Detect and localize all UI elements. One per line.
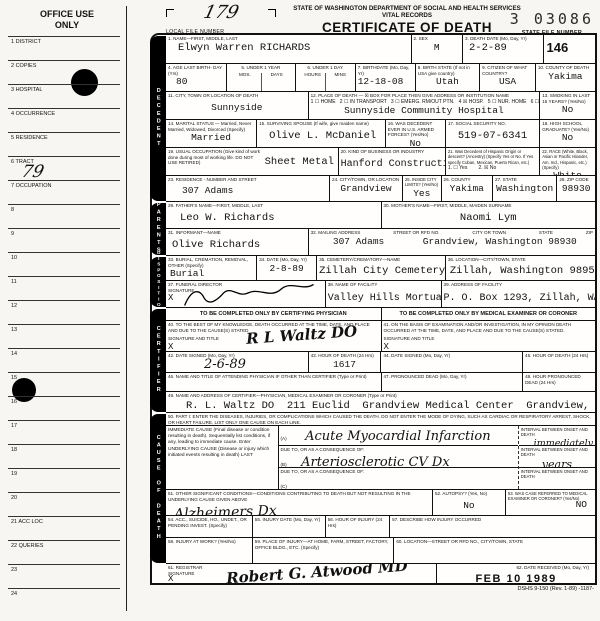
interval-label: INTERVAL BETWEEN ONSET AND DEATH [521, 427, 593, 438]
field-surviving-spouse-label: 15. SURVIVING SPOUSE (If wife, give maid… [259, 121, 383, 127]
margin-label: 3 HOSPITAL [11, 87, 42, 93]
field-hour-of-death: 43. HOUR OF DEATH (24 Hrs) 1617 [308, 352, 381, 372]
margin-label: 1 DISTRICT [11, 39, 41, 45]
certificate-form: DECEDENT PARENTS DISPOSITION CERTIFIER C… [150, 33, 597, 585]
field-name-label: 1. NAME—FIRST, MIDDLE, LAST [168, 36, 409, 42]
field-injury-location-label: 60. LOCATION—STREET OR RFD NO., CITY/TOW… [396, 539, 593, 545]
field-physician-certification: 40. TO THE BEST OF MY KNOWLEDGE, DEATH O… [166, 321, 381, 351]
field-place-of-death: 12. PLACE OF DEATH — ☒ BOX FOR PLACE THE… [308, 92, 540, 119]
sub-divider [261, 73, 262, 91]
field-under-1-year: 5. UNDER 1 YEAR MOS.DAYS [226, 64, 295, 91]
field-pronounced-dead: 47. PRONOUNCED DEAD (Mo, Day, Yr) [381, 373, 523, 391]
due-to-label: DUE TO, OR AS A CONSEQUENCE OF: [281, 469, 516, 475]
margin-label: 12 [11, 303, 17, 309]
sub-label-hours: HOURS [304, 72, 321, 77]
field-mother-name: 30. MOTHER'S NAME—FIRST, MIDDLE, MAIDEN … [381, 202, 596, 228]
field-mailing-address: 32. MAILING ADDRESS STREET OR RFD NO. CI… [308, 229, 595, 255]
field-county-of-death-label: 10. COUNTY OF DEATH [538, 65, 593, 71]
field-date-signed-value: 2-6-89 [204, 357, 306, 372]
field-residence-state: 27. STATE Washington [492, 176, 556, 201]
margin-item-district: 1 DISTRICT [8, 36, 120, 60]
margin-item-9: 9 [8, 228, 120, 252]
row-age-birth: 4. AGE LAST BIRTH- DAY (Yrs) 80 5. UNDER… [166, 64, 595, 92]
margin-label: 14 [11, 351, 17, 357]
header-text: TO BE COMPLETED ONLY BY CERTIFYING PHYSI… [200, 311, 347, 317]
field-age: 4. AGE LAST BIRTH- DAY (Yrs) 80 [166, 64, 226, 91]
field-death-date-label: 3. DEATH DATE (Mo, Day, Yr) [465, 36, 542, 42]
margin-label: 21 ACC LOC [11, 519, 43, 525]
field-coroner-date-signed-label: 44. DATE SIGNED (Mo, Day, Yr) [383, 353, 520, 359]
field-father-name-label: 29. FATHER'S NAME—FIRST, MIDDLE, LAST [168, 203, 379, 209]
margin-item-18: 18 [8, 444, 120, 468]
margin-label: 10 [11, 255, 17, 261]
field-birthdate-label: 7. BIRTHDATE (Mo, Day, Yr) [358, 65, 413, 76]
margin-item-acc-loc: 21 ACC LOC [8, 516, 120, 540]
row-name-sex-deathdate: 1. NAME—FIRST, MIDDLE, LAST Elwyn Warren… [166, 35, 595, 64]
field-place-of-injury: 59. PLACE OF INJURY—AT HOME, FARM, STREE… [252, 538, 394, 563]
field-informant-value: Olive Richards [172, 240, 306, 252]
field-under-1-year-label: 5. UNDER 1 YEAR [229, 65, 293, 71]
date-received-stamp: FEB 10 1989 [439, 573, 593, 583]
field-sex-label: 2. SEX [414, 36, 460, 42]
margin-item-14: 14 [8, 348, 120, 372]
field-mailing-street-value: 307 Adams [311, 236, 407, 247]
margin-label: 19 [11, 471, 17, 477]
field-disposition-date-value: 2-8-89 [259, 264, 314, 274]
field-birth-state-label: 8. BIRTH STATE (If not in USA give count… [418, 65, 477, 76]
field-father-name: 29. FATHER'S NAME—FIRST, MIDDLE, LAST Le… [166, 202, 381, 228]
field-race-label: 22. RACE (White, Black, Asian or Pacific… [542, 149, 593, 170]
field-certifier-name-address-value: R. L. Waltz DO 211 Euclid Grandview Medi… [186, 401, 593, 412]
signature-x-mark: X [384, 342, 594, 351]
interval-a-value: immediately [521, 438, 593, 447]
field-armed-forces-label: 16. WAS DECEDENT EVER IN U.S. ARMED FORC… [388, 121, 443, 138]
field-birth-state-value: Utah [418, 77, 477, 87]
row-part1-header: 50. PART I: ENTER THE DISEASES, INJURIES… [166, 413, 595, 426]
section-bar-label: PARENTS [155, 202, 161, 255]
field-occupation-label: 19. USUAL OCCUPATION (Give kind of work … [168, 149, 260, 166]
due-to-label: DUE TO, OR AS A CONSEQUENCE OF: [281, 447, 516, 453]
section-bar-label: DISPOSITION [156, 250, 161, 314]
field-place-of-death-label: 12. PLACE OF DEATH — ☒ BOX FOR PLACE THE… [311, 93, 538, 99]
margin-item-occupation: 7 OCCUPATION [8, 180, 120, 204]
field-age-label: 4. AGE LAST BIRTH- DAY (Yrs) [168, 65, 224, 76]
section-bar-label: CERTIFIER [155, 326, 161, 394]
field-citizen: 9. CITIZEN OF WHAT COUNTRY? USA [479, 64, 535, 91]
field-referred-to-examiner: 53. WAS CASE REFERRED TO MEDICAL EXAMINE… [505, 490, 595, 515]
field-mailing-city-value: Grandview, Washington 98930 [407, 236, 593, 247]
stamp-146-value: 146 [546, 40, 592, 55]
margin-label: 8 [11, 207, 14, 213]
margin-item-17: 17 [8, 420, 120, 444]
field-ssn-label: 17. SOCIAL SECURITY NO. [448, 121, 537, 127]
field-cemetery-location-label: 36. LOCATION—CITY/TOWN, STATE [448, 257, 593, 263]
tract-handwritten-value: 79 [20, 162, 46, 182]
margin-item-hospital: 3 HOSPITAL [8, 84, 120, 108]
interval-label: INTERVAL BETWEEN ONSET AND DEATH [521, 447, 593, 458]
margin-item-13: 13 [8, 324, 120, 348]
state-file-number-value: 3 03086 [510, 10, 594, 28]
field-sex: 2. SEX M [411, 35, 462, 63]
field-certifier-name-address-label: 49. NAME AND ADDRESS OF CERTIFIER—PHYSIC… [168, 393, 593, 399]
field-hispanic-origin-label: 21. Was Decedent of Hispanic Origin or d… [448, 149, 537, 165]
field-surviving-spouse: 15. SURVIVING SPOUSE (If wife, give maid… [256, 120, 385, 147]
field-autopsy: 52. AUTOPSY? (Yes, No) No [432, 490, 505, 515]
sub-label-zip: ZIP [586, 230, 593, 235]
field-birthdate-value: 12-18-08 [358, 77, 413, 87]
row-residence: 23. RESIDENCE - NUMBER AND STREET 307 Ad… [166, 176, 595, 202]
margin-label: 17 [11, 423, 17, 429]
field-marital-status-value: Married [168, 133, 254, 143]
section-bar-decedent: DECEDENT [150, 36, 166, 201]
cause-line-c: DUE TO, OR AS A CONSEQUENCE OF: (C) [279, 468, 518, 490]
margin-label: 9 [11, 231, 14, 237]
field-cemetery-location: 36. LOCATION—CITY/TOWN, STATE Zillah, Wa… [445, 256, 595, 280]
sub-label-mos: MOS. [239, 72, 251, 77]
field-hour-of-death-label: 43. HOUR OF DEATH (24 Hrs) [311, 353, 379, 359]
field-facility-address-value: P. O. Box 1293, Zillah, WA 98953 [444, 293, 593, 304]
sub-label-days: DAYS [271, 72, 283, 77]
field-date-received: 62. DATE RECEIVED (Mo, Day, Yr) FEB 10 1… [436, 564, 595, 583]
section-bar-label: DECEDENT [155, 88, 161, 149]
field-other-conditions: 51. OTHER SIGNIFICANT CONDITIONS—CONDITI… [166, 490, 432, 515]
margin-label: 5 RESIDENCE [11, 135, 48, 141]
row-disposition: 33. BURIAL, CREMATION, REMOVAL, OTHER (S… [166, 256, 595, 281]
field-ssn: 17. SOCIAL SECURITY NO. 519-07-6341 [445, 120, 539, 147]
margin-item-16: 16 [8, 396, 120, 420]
medical-examiner-header: TO BE COMPLETED ONLY BY MEDICAL EXAMINER… [381, 308, 596, 320]
field-certifier-name-address: 49. NAME AND ADDRESS OF CERTIFIER—PHYSIC… [166, 392, 595, 412]
field-inside-city-limits-value: Yes [405, 189, 439, 199]
field-occupation-value: Sheet Metal [265, 157, 334, 169]
field-mother-name-value: Naomi Lym [384, 213, 594, 225]
row-date-signed: 42. DATE SIGNED (Mo, Day, Yr) 2-6-89 43.… [166, 352, 595, 373]
sub-divider [325, 73, 326, 91]
interval-column: INTERVAL BETWEEN ONSET AND DEATH immedia… [518, 426, 595, 489]
field-smoking-value: No [542, 105, 593, 115]
field-birth-state: 8. BIRTH STATE (If not in USA give count… [415, 64, 479, 91]
field-inside-city-limits-label: 25. INSIDE CITY LIMITS? (Yes/No) [405, 177, 439, 188]
field-hispanic-origin-options: 1. ☐ Yes 2. ☒ No [448, 165, 537, 172]
interval-b-value: years [521, 458, 593, 469]
bracket-left-icon [166, 9, 174, 17]
row-registrar: 61. REGISTRAR SIGNATURE X Robert G. Atwo… [166, 564, 595, 583]
field-facility-name: 38. NAME OF FACILITY Valley Hills Mortua… [325, 281, 441, 307]
field-date-received-label: 62. DATE RECEIVED (Mo, Day, Yr) [439, 565, 589, 571]
field-county-of-death: 10. COUNTY OF DEATH Yakima [535, 64, 595, 91]
field-how-injury-occurred-label: 57. DESCRIBE HOW INJURY OCCURRED [392, 517, 593, 523]
margin-item-copies: 2 COPIES [8, 60, 120, 84]
margin-item-occurrence: 4 OCCURRENCE [8, 108, 120, 132]
field-coroner-hour-of-death-label: 45. HOUR OF DEATH (24 Hrs) [525, 353, 593, 359]
field-pronounced-dead-label: 47. PRONOUNCED DEAD (Mo, Day, Yr) [384, 374, 521, 380]
field-residence-street-label: 23. RESIDENCE - NUMBER AND STREET [168, 177, 327, 183]
field-disposition-date-label: 34. DATE (Mo, Day, Yr) [259, 257, 314, 263]
row-place-of-death: 11. CITY, TOWN OR LOCATION OF DEATH Sunn… [166, 92, 595, 120]
field-residence-city-label: 24. CITY/TOWN, OR LOCATION [332, 177, 400, 183]
field-mailing-address-label: 32. MAILING ADDRESS [311, 230, 361, 235]
margin-item-24: 24 [8, 588, 120, 612]
field-injury-at-work-label: 58. INJURY AT WORK? (Yes/No) [168, 539, 250, 545]
field-smoking: 13. SMOKING IN LAST 15 YEARS? (Yes/No) N… [539, 92, 595, 119]
office-use-column: OFFICE USE ONLY 1 DISTRICT 2 COPIES 3 HO… [8, 6, 127, 611]
field-residence-street: 23. RESIDENCE - NUMBER AND STREET 307 Ad… [166, 176, 329, 201]
immediate-cause-label: IMMEDIATE CAUSE (Final disease or condit… [166, 426, 278, 489]
section-bar-cause-of-death: CAUSE OF DEATH [150, 414, 166, 563]
coroner-statement: 41. ON THE BASIS OF EXAMINATION AND/OR I… [384, 322, 594, 333]
field-under-1-day: 6. UNDER 1 DAY HOURSMINS [295, 64, 355, 91]
field-city-of-death: 11. CITY, TOWN OR LOCATION OF DEATH Sunn… [166, 92, 308, 119]
interval-c: INTERVAL BETWEEN ONSET AND DEATH [519, 468, 595, 490]
field-zip-label: 28. ZIP CODE [559, 177, 593, 183]
stamp-146-box: 146 [543, 35, 594, 63]
local-file-number-value: 179 [201, 2, 241, 23]
field-name-value: Elwyn Warren RICHARDS [178, 43, 409, 55]
row-parents-names: 29. FATHER'S NAME—FIRST, MIDDLE, LAST Le… [166, 202, 595, 229]
field-industry-label: 20. KIND OF BUSINESS OR INDUSTRY [341, 149, 443, 155]
field-residence-county-label: 26. COUNTY [444, 177, 490, 183]
field-hour-pronounced-dead: 48. HOUR PRONOUNCED DEAD (24 Hrs) [522, 373, 595, 391]
field-marital-status: 14. MARITAL STATUS — Married, Never Marr… [166, 120, 256, 147]
field-facility-name-label: 38. NAME OF FACILITY [328, 282, 439, 288]
death-certificate-scan: OFFICE USE ONLY 1 DISTRICT 2 COPIES 3 HO… [0, 0, 600, 621]
row-occupation-race: 19. USUAL OCCUPATION (Give kind of work … [166, 148, 595, 176]
margin-label: 11 [11, 279, 17, 285]
field-disposition-date: 34. DATE (Mo, Day, Yr) 2-8-89 [256, 256, 316, 280]
field-industry-value: Hanford Construction [341, 159, 443, 170]
certifying-physician-header: TO BE COMPLETED ONLY BY CERTIFYING PHYSI… [166, 308, 381, 320]
margin-item-12: 12 [8, 300, 120, 324]
field-disposition-type-label: 33. BURIAL, CREMATION, REMOVAL, OTHER (S… [168, 257, 254, 268]
row-certifier-name: 49. NAME AND ADDRESS OF CERTIFIER—PHYSIC… [166, 392, 595, 413]
field-manner-label: 54. ACC., SUICIDE, HO., UNDET., OR PENDI… [168, 517, 250, 528]
field-birthdate: 7. BIRTHDATE (Mo, Day, Yr) 12-18-08 [355, 64, 415, 91]
field-how-injury-occurred: 57. DESCRIBE HOW INJURY OCCURRED [389, 516, 595, 537]
field-surviving-spouse-value: Olive L. McDaniel [269, 131, 383, 143]
field-place-of-death-value: Sunnyside Community Hospital [311, 106, 538, 116]
field-ssn-value: 519-07-6341 [448, 131, 537, 143]
field-cemetery-value: Zillah City Cemetery [319, 266, 443, 278]
field-funeral-director-signature: 37. FUNERAL DIRECTOR SIGNATURE X [166, 281, 325, 307]
field-city-of-death-label: 11. CITY, TOWN OR LOCATION OF DEATH [168, 93, 306, 99]
part1-instructions-text: 50. PART I: ENTER THE DISEASES, INJURIES… [168, 414, 593, 425]
field-coroner-certification: 41. ON THE BASIS OF EXAMINATION AND/OR I… [381, 321, 596, 351]
margin-item-15: 15 [8, 372, 120, 396]
field-cemetery-label: 35. CEMETERY/CREMATORY—NAME [319, 257, 443, 263]
margin-item-tract: 6 TRACT79 [8, 156, 120, 180]
field-citizen-label: 9. CITIZEN OF WHAT COUNTRY? [482, 65, 533, 76]
field-death-date-value: 2-2-89 [469, 43, 542, 55]
interval-b: INTERVAL BETWEEN ONSET AND DEATH years [519, 446, 595, 468]
field-informant: 31. INFORMANT—NAME Olive Richards [166, 229, 308, 255]
field-hour-of-death-value: 1617 [311, 360, 379, 370]
section-bar-disposition: DISPOSITION [150, 257, 166, 307]
margin-item-19: 19 [8, 468, 120, 492]
field-hs-graduate-value: No [542, 133, 593, 143]
margin-label: 20 [11, 495, 17, 501]
field-smoking-label: 13. SMOKING IN LAST 15 YEARS? (Yes/No) [542, 93, 593, 104]
sub-label-state: STATE [539, 230, 553, 235]
sub-label-city: CITY OR TOWN [472, 230, 506, 235]
margin-label: 18 [11, 447, 17, 453]
field-death-date: 3. DEATH DATE (Mo, Day, Yr) 2-2-89 [462, 35, 544, 63]
field-zip: 28. ZIP CODE 98930 [556, 176, 595, 201]
field-mother-name-label: 30. MOTHER'S NAME—FIRST, MIDDLE, MAIDEN … [384, 203, 594, 209]
row-cause-of-death: IMMEDIATE CAUSE (Final disease or condit… [166, 426, 595, 490]
row-marital-ssn: 14. MARITAL STATUS — Married, Never Marr… [166, 120, 595, 148]
form-number: DSHS 9-150 (Rev. 1-89) -1187- [517, 586, 594, 592]
margin-item-11: 11 [8, 276, 120, 300]
header-text: TO BE COMPLETED ONLY BY MEDICAL EXAMINER… [400, 311, 577, 317]
form-title-block: STATE OF WASHINGTON DEPARTMENT OF SOCIAL… [262, 5, 552, 35]
margin-label: 22 QUERIES [11, 543, 43, 549]
cause-line-a-prefix: (A) [281, 436, 287, 441]
cause-line-b: DUE TO, OR AS A CONSEQUENCE OF: (B) Arte… [279, 446, 518, 468]
field-race-value: White [542, 171, 593, 175]
field-registrar-signature: 61. REGISTRAR SIGNATURE X Robert G. Atwo… [166, 564, 436, 583]
field-city-of-death-value: Sunnyside [168, 103, 306, 113]
row-certify-headers: TO BE COMPLETED ONLY BY CERTIFYING PHYSI… [166, 308, 595, 321]
field-residence-county-value: Yakima [444, 184, 490, 194]
field-place-of-injury-label: 59. PLACE OF INJURY—AT HOME, FARM, STREE… [255, 539, 392, 550]
division-name: VITAL RECORDS [262, 12, 552, 19]
interval-label: INTERVAL BETWEEN ONSET AND DEATH [521, 469, 593, 480]
cause-line-b-value: Arteriosclerotic CV Dx [301, 455, 450, 468]
cause-line-b-prefix: (B) [281, 462, 287, 467]
sub-label-mins: MINS [334, 72, 345, 77]
field-cemetery-location-value: Zillah, Washington 98953 [450, 266, 593, 278]
field-autopsy-value: No [435, 501, 503, 511]
margin-label: 7 OCCUPATION [11, 183, 51, 189]
field-facility-name-value: Valley Hills Mortuary [328, 293, 439, 304]
field-injury-date-label: 55. INJURY DATE (Mo, Day, Yr) [255, 517, 323, 523]
field-industry: 20. KIND OF BUSINESS OR INDUSTRY Hanford… [338, 148, 445, 175]
field-armed-forces: 16. WAS DECEDENT EVER IN U.S. ARMED FORC… [385, 120, 445, 147]
field-residence-street-value: 307 Adams [182, 186, 327, 196]
office-use-title: OFFICE USE ONLY [27, 6, 107, 36]
field-disposition-type-value: Burial [170, 269, 254, 279]
section-bar-label: CAUSE OF DEATH [155, 435, 161, 541]
margin-item-queries: 22 QUERIES [8, 540, 120, 564]
field-sex-value: M [414, 43, 460, 53]
field-occupation: 19. USUAL OCCUPATION (Give kind of work … [166, 148, 338, 175]
field-cemetery: 35. CEMETERY/CREMATORY—NAME Zillah City … [316, 256, 445, 280]
field-hs-graduate-label: 18. HIGH SCHOOL GRADUATE? (Yes/No) [542, 121, 593, 132]
margin-label: 2 COPIES [11, 63, 36, 69]
field-hispanic-origin: 21. Was Decedent of Hispanic Origin or d… [445, 148, 539, 175]
field-coroner-date-signed: 44. DATE SIGNED (Mo, Day, Yr) [380, 352, 522, 372]
field-zip-value: 98930 [559, 184, 593, 194]
sub-label-street: STREET OR RFD NO. [393, 230, 439, 235]
cause-line-a: (A) Acute Myocardial Infarction [279, 426, 518, 446]
section-bar-parents: PARENTS [150, 203, 166, 255]
row-injury-2: 58. INJURY AT WORK? (Yes/No) 59. PLACE O… [166, 538, 595, 564]
field-citizen-value: USA [482, 77, 533, 87]
row-attending-physician: 46. NAME AND TITLE OF ATTENDING PHYSICIA… [166, 373, 595, 392]
row-injury-1: 54. ACC., SUICIDE, HO., UNDET., OR PENDI… [166, 516, 595, 538]
field-father-name-value: Leo W. Richards [180, 213, 379, 225]
field-coroner-hour-of-death: 45. HOUR OF DEATH (24 Hrs) [522, 352, 595, 372]
field-disposition-type: 33. BURIAL, CREMATION, REMOVAL, OTHER (S… [166, 256, 256, 280]
local-file-number-block: 179 LOCAL FILE NUMBER [166, 6, 276, 35]
field-name: 1. NAME—FIRST, MIDDLE, LAST Elwyn Warren… [166, 35, 411, 63]
field-county-of-death-value: Yakima [538, 72, 593, 82]
field-hour-of-injury-label: 56. HOUR OF INJURY (24 Hrs) [328, 517, 387, 528]
margin-item-20: 20 [8, 492, 120, 516]
field-date-signed: 42. DATE SIGNED (Mo, Day, Yr) 2-6-89 [166, 352, 308, 372]
field-residence-city: 24. CITY/TOWN, OR LOCATION Grandview [329, 176, 402, 201]
field-residence-city-value: Grandview [332, 184, 400, 194]
field-armed-forces-value: No [388, 139, 443, 147]
cause-line-c-prefix: (C) [281, 484, 287, 489]
field-facility-address: 39. ADDRESS OF FACILITY P. O. Box 1293, … [441, 281, 595, 307]
field-hs-graduate: 18. HIGH SCHOOL GRADUATE? (Yes/No) No [539, 120, 595, 147]
row-other-conditions: 51. OTHER SIGNIFICANT CONDITIONS—CONDITI… [166, 490, 595, 516]
field-inside-city-limits: 25. INSIDE CITY LIMITS? (Yes/No) Yes [402, 176, 441, 201]
field-hour-of-injury: 56. HOUR OF INJURY (24 Hrs) [325, 516, 389, 537]
field-injury-at-work: 58. INJURY AT WORK? (Yes/No) [166, 538, 252, 563]
field-residence-state-label: 27. STATE [495, 177, 554, 183]
field-injury-date: 55. INJURY DATE (Mo, Day, Yr) [252, 516, 325, 537]
margin-item-10: 10 [8, 252, 120, 276]
cause-line-a-value: Acute Myocardial Infarction [305, 429, 491, 444]
cause-lines: (A) Acute Myocardial Infarction DUE TO, … [278, 426, 518, 489]
field-informant-label: 31. INFORMANT—NAME [168, 230, 306, 236]
field-race: 22. RACE (White, Black, Asian or Pacific… [539, 148, 595, 175]
field-attending-physician-label: 46. NAME AND TITLE OF ATTENDING PHYSICIA… [168, 374, 379, 380]
field-residence-county: 26. COUNTY Yakima [441, 176, 492, 201]
field-under-1-day-label: 6. UNDER 1 DAY [298, 65, 353, 71]
margin-item-23: 23 [8, 564, 120, 588]
row-funeral-director: 37. FUNERAL DIRECTOR SIGNATURE X 38. NAM… [166, 281, 595, 308]
margin-label: 24 [11, 591, 17, 597]
interval-a: INTERVAL BETWEEN ONSET AND DEATH immedia… [519, 426, 595, 446]
agency-name: STATE OF WASHINGTON DEPARTMENT OF SOCIAL… [262, 5, 552, 12]
field-injury-location: 60. LOCATION—STREET OR RFD NO., CITY/TOW… [393, 538, 595, 563]
field-facility-address-label: 39. ADDRESS OF FACILITY [444, 282, 593, 288]
field-autopsy-label: 52. AUTOPSY? (Yes, No) [435, 491, 503, 497]
field-age-value: 80 [176, 77, 224, 87]
row-certification-signatures: 40. TO THE BEST OF MY KNOWLEDGE, DEATH O… [166, 321, 595, 352]
field-hour-pronounced-dead-label: 48. HOUR PRONOUNCED DEAD (24 Hrs) [525, 374, 593, 385]
field-residence-state-value: Washington [495, 184, 554, 194]
part1-instructions: 50. PART I: ENTER THE DISEASES, INJURIES… [166, 413, 595, 425]
section-bar-certifier: CERTIFIER [150, 309, 166, 412]
field-marital-status-label: 14. MARITAL STATUS — Married, Never Marr… [168, 121, 254, 132]
field-manner: 54. ACC., SUICIDE, HO., UNDET., OR PENDI… [166, 516, 252, 537]
margin-label: 13 [11, 327, 17, 333]
margin-item-residence: 5 RESIDENCE [8, 132, 120, 156]
field-attending-physician: 46. NAME AND TITLE OF ATTENDING PHYSICIA… [166, 373, 381, 391]
row-informant: 31. INFORMANT—NAME Olive Richards 32. MA… [166, 229, 595, 256]
margin-item-8: 8 [8, 204, 120, 228]
margin-label: 4 OCCURRENCE [11, 111, 55, 117]
margin-label: 16 [11, 399, 17, 405]
margin-label: 23 [11, 567, 17, 573]
